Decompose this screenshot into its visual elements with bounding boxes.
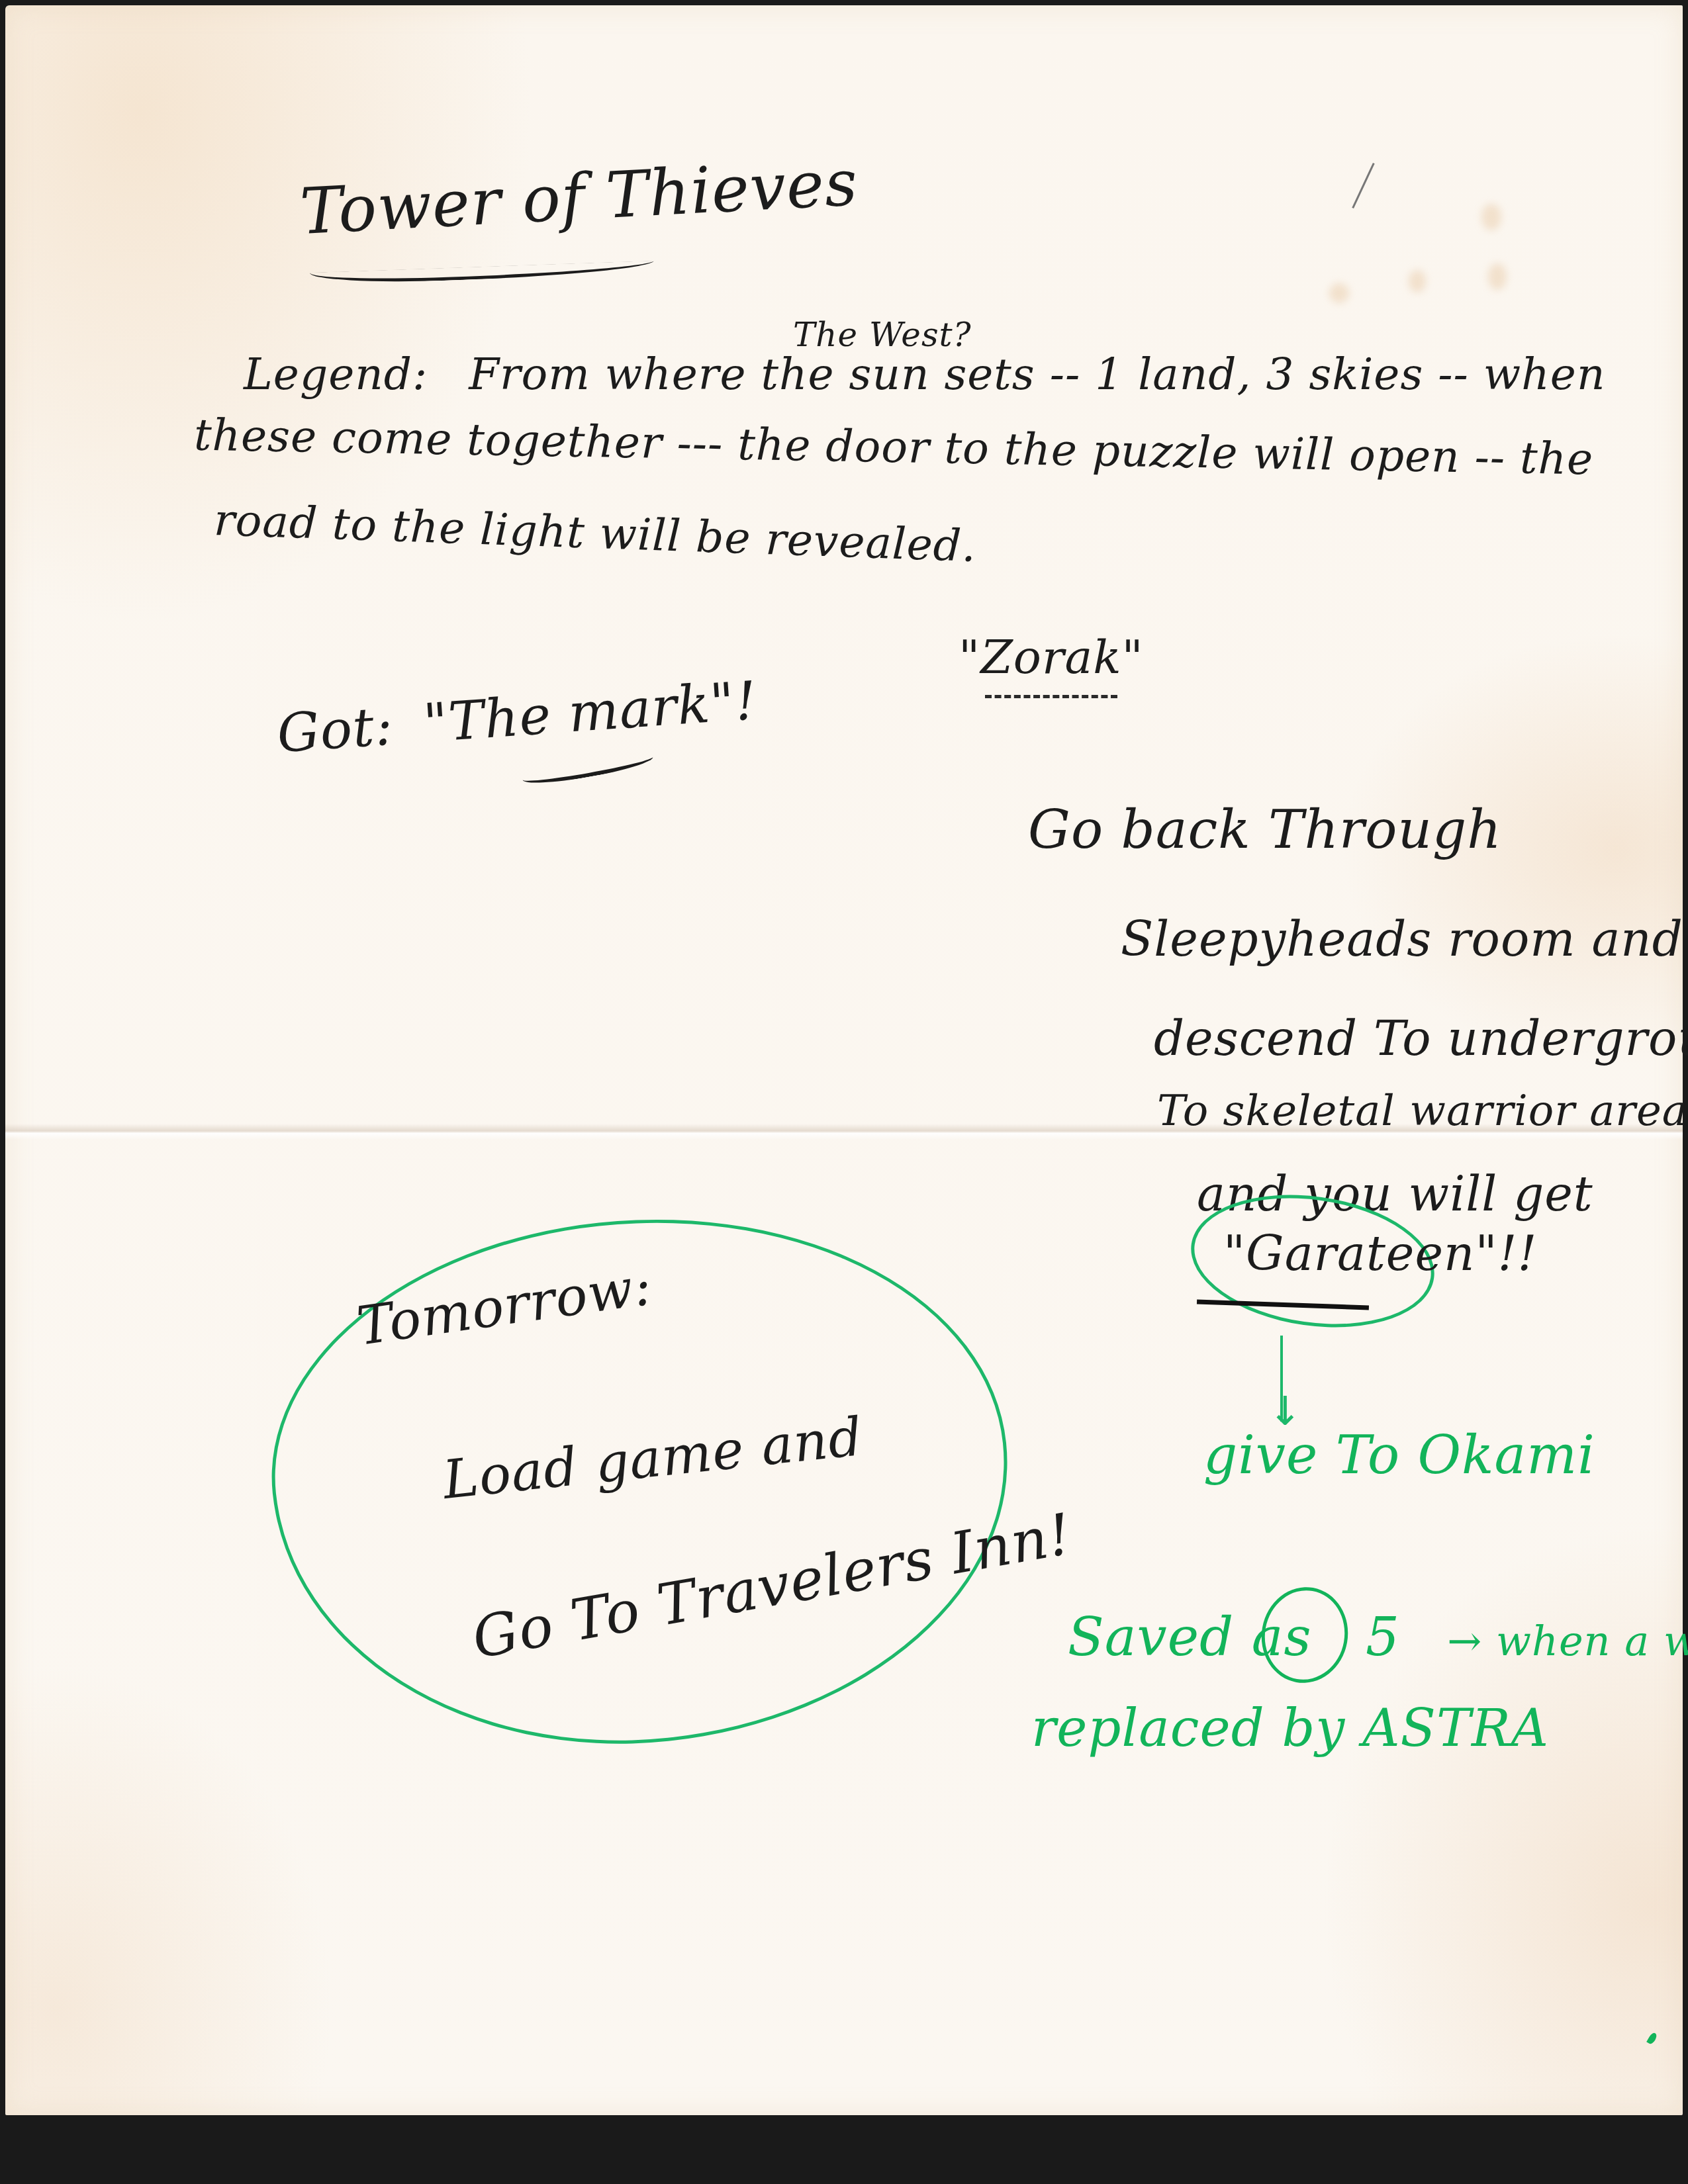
legend-line-1: Legend: From where the sun sets -- 1 lan… — [244, 349, 1605, 400]
instruction-line-2: Sleepyheads room and — [1121, 912, 1683, 967]
page-title: Tower of Thieves — [299, 146, 860, 248]
legend-text-line-1: From where the sun sets -- 1 land, 3 ski… — [469, 349, 1605, 400]
paper-stain — [1481, 204, 1501, 230]
garateen-reward: "Garateen"!! — [1223, 1226, 1537, 1281]
legend-line-2: these come together --- the door to the … — [193, 410, 1593, 485]
got-label: Got: — [275, 695, 395, 764]
legend-line-3: road to the light will be revealed. — [213, 495, 977, 572]
paper-stain — [1409, 270, 1426, 293]
give-to-okami-note: give To Okami — [1203, 1425, 1595, 1486]
got-item: "The mark"! — [422, 670, 759, 754]
slot-number-circle — [1254, 1580, 1355, 1690]
green-ink-dot — [1646, 2032, 1658, 2046]
got-note: Got: "The mark"! — [275, 670, 759, 764]
zorak-note: "Zorak" — [959, 631, 1144, 684]
legend-label: Legend: — [244, 349, 428, 400]
save-suffix: → when a was — [1447, 1617, 1688, 1665]
paper-stain — [1329, 283, 1349, 303]
save-note-line-1: Saved as 5 → when a was — [1068, 1607, 1688, 1668]
paper-stain — [1488, 263, 1507, 290]
zorak-dashed-underline — [985, 695, 1117, 698]
save-note-line-2: replaced by ASTRA — [1031, 1700, 1549, 1759]
mark-underline — [521, 749, 654, 788]
notebook-page: Tower of Thieves The West? Legend: From … — [5, 5, 1683, 2115]
title-underline — [310, 261, 654, 285]
stray-pencil-mark — [1352, 163, 1374, 208]
instruction-line-1: Go back Through — [1028, 799, 1502, 860]
save-slot-number: 5 — [1366, 1607, 1400, 1668]
instruction-line-3: descend To underground — [1154, 1011, 1688, 1066]
instruction-line-4: To skeletal warrior area — [1157, 1087, 1688, 1136]
